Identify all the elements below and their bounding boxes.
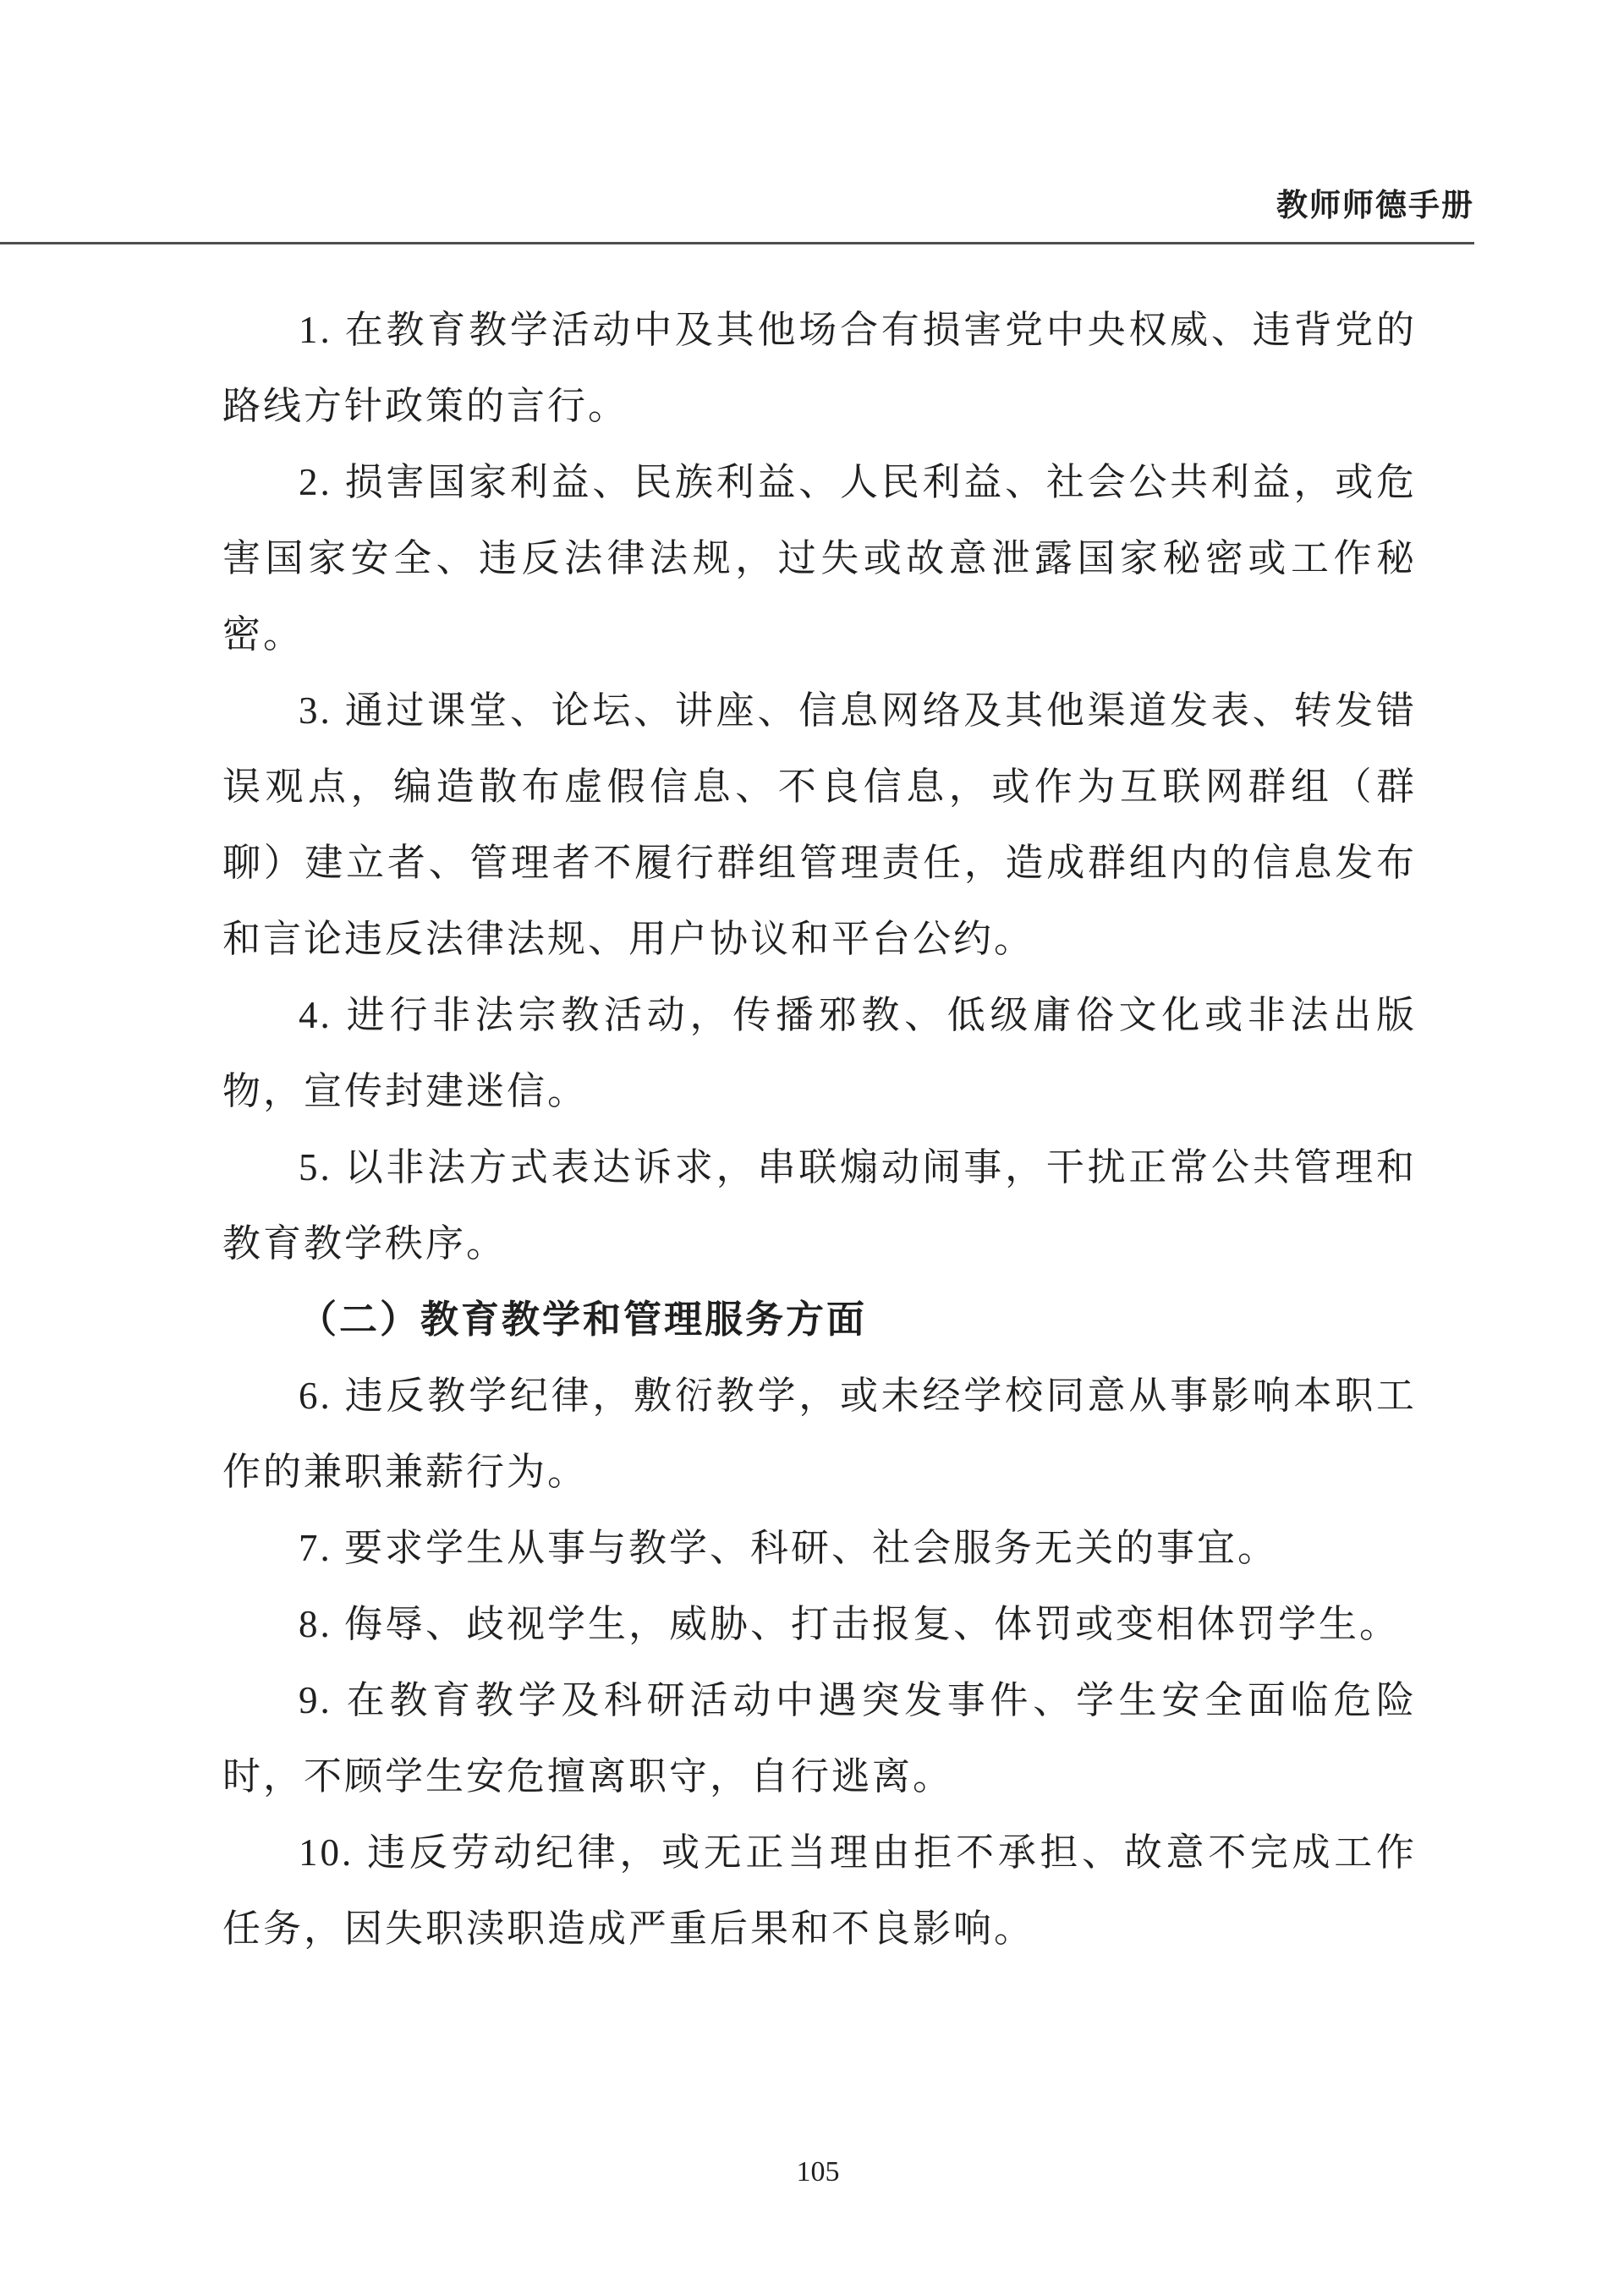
body-paragraph: 1. 在教育教学活动中及其他场合有损害党中央权威、违背党的路线方针政策的言行。: [222, 292, 1417, 444]
body-paragraph: 5. 以非法方式表达诉求，串联煽动闹事，干扰正常公共管理和教育教学秩序。: [222, 1129, 1417, 1282]
body-paragraph: 3. 通过课堂、论坛、讲座、信息网络及其他渠道发表、转发错误观点，编造散布虚假信…: [222, 672, 1417, 977]
page-number: 105: [797, 2156, 840, 2187]
body-paragraph: 6. 违反教学纪律，敷衍教学，或未经学校同意从事影响本职工作的兼职兼薪行为。: [222, 1358, 1417, 1510]
body-paragraph: 2. 损害国家利益、民族利益、人民利益、社会公共利益，或危害国家安全、违反法律法…: [222, 444, 1417, 672]
document-body: 1. 在教育教学活动中及其他场合有损害党中央权威、违背党的路线方针政策的言行。2…: [222, 292, 1417, 1967]
body-paragraph: 4. 进行非法宗教活动，传播邪教、低级庸俗文化或非法出版物，宣传封建迷信。: [222, 977, 1417, 1129]
header-rule: [0, 242, 1474, 244]
body-paragraph: 9. 在教育教学及科研活动中遇突发事件、学生安全面临危险时，不顾学生安危擅离职守…: [222, 1662, 1417, 1814]
book-page: { "page": { "header": { "title": "教师师德手册…: [0, 0, 1624, 2278]
running-head-title: 教师师德手册: [1276, 189, 1474, 223]
body-paragraph: 8. 侮辱、歧视学生，威胁、打击报复、体罚或变相体罚学生。: [222, 1586, 1417, 1662]
page-footer: 105: [0, 2155, 1624, 2189]
section-heading: （二）教育教学和管理服务方面: [222, 1282, 1417, 1358]
running-head: 教师师德手册: [0, 187, 1474, 226]
body-paragraph: 10. 违反劳动纪律，或无正当理由拒不承担、故意不完成工作任务，因失职渎职造成严…: [222, 1814, 1417, 1967]
body-paragraph: 7. 要求学生从事与教学、科研、社会服务无关的事宜。: [222, 1510, 1417, 1586]
